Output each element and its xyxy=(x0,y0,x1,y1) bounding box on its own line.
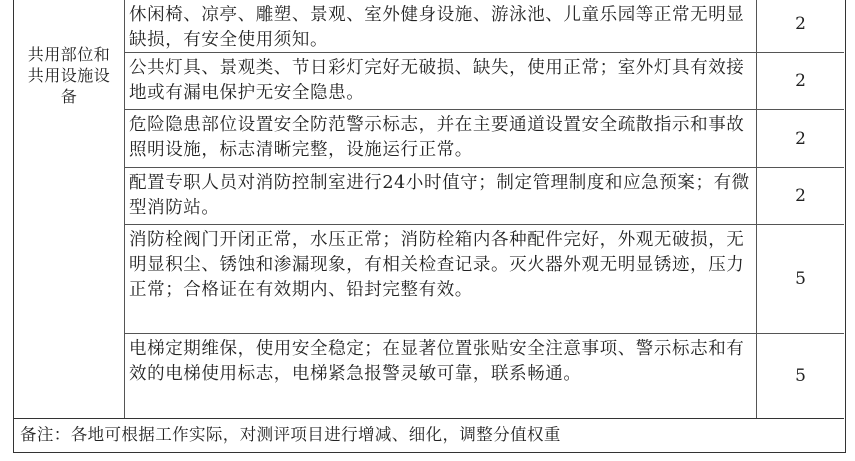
criteria-text: 危险隐患部位设置安全防范警示标志，并在主要通道设置安全疏散指示和事故照明设施，标… xyxy=(125,110,757,167)
table-row: 电梯定期维保，使用安全稳定；在显著位置张贴安全注意事项、警示标志和有效的电梯使用… xyxy=(125,334,844,418)
remarks-row: 备注：各地可根据工作实际，对测评项目进行增减、细化，调整分值权重 xyxy=(14,418,844,451)
table-row: 公共灯具、景观类、节日彩灯完好无破损、缺失，使用正常；室外灯具有效接地或有漏电保… xyxy=(125,53,844,110)
criteria-text: 公共灯具、景观类、节日彩灯完好无破损、缺失，使用正常；室外灯具有效接地或有漏电保… xyxy=(125,53,757,109)
table-row: 危险隐患部位设置安全防范警示标志，并在主要通道设置安全疏散指示和事故照明设施，标… xyxy=(125,110,844,168)
table-row: 休闲椅、凉亭、雕塑、景观、室外健身设施、游泳池、儿童乐园等正常无明显缺损，有安全… xyxy=(125,0,844,53)
criteria-rows: 休闲椅、凉亭、雕塑、景观、室外健身设施、游泳池、儿童乐园等正常无明显缺损，有安全… xyxy=(125,0,844,418)
score-value: 2 xyxy=(757,53,844,109)
table-row: 配置专职人员对消防控制室进行24小时值守；制定管理制度和应急预案；有微型消防站。… xyxy=(125,168,844,225)
evaluation-table: 共用部位和共用设施设备 休闲椅、凉亭、雕塑、景观、室外健身设施、游泳池、儿童乐园… xyxy=(13,0,846,453)
score-value: 5 xyxy=(757,334,844,418)
table-row: 消防栓阀门开闭正常，水压正常；消防栓箱内各种配件完好，外观无破损，无明显积尘、锈… xyxy=(125,225,844,334)
score-value: 2 xyxy=(757,0,844,52)
criteria-text: 休闲椅、凉亭、雕塑、景观、室外健身设施、游泳池、儿童乐园等正常无明显缺损，有安全… xyxy=(125,0,757,52)
criteria-text: 消防栓阀门开闭正常，水压正常；消防栓箱内各种配件完好，外观无破损，无明显积尘、锈… xyxy=(125,225,757,333)
criteria-text: 配置专职人员对消防控制室进行24小时值守；制定管理制度和应急预案；有微型消防站。 xyxy=(125,168,757,224)
category-cell: 共用部位和共用设施设备 xyxy=(14,0,125,418)
score-value: 5 xyxy=(757,225,844,333)
score-value: 2 xyxy=(757,168,844,224)
category-label: 共用部位和共用设施设备 xyxy=(21,44,117,107)
criteria-text: 电梯定期维保，使用安全稳定；在显著位置张贴安全注意事项、警示标志和有效的电梯使用… xyxy=(125,334,757,418)
score-value: 2 xyxy=(757,110,844,167)
